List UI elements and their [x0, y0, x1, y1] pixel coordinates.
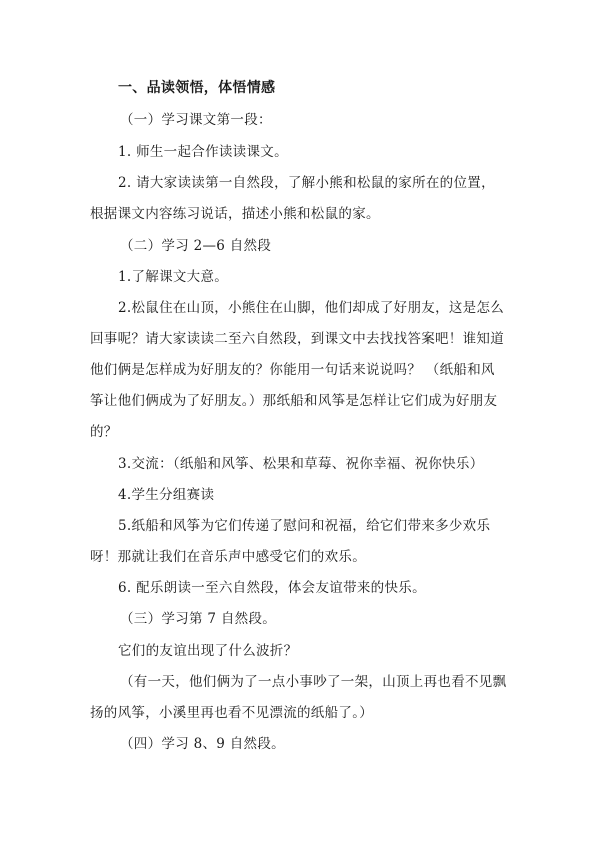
paragraph-line: 5.纸船和风筝为它们传递了慰问和祝福，给它们带来多少欢乐	[118, 517, 490, 535]
subheading-2: （二）学习 2—6 自然段	[120, 237, 271, 255]
paragraph-line: 根据课文内容练习说话，描述小熊和松鼠的家。	[90, 205, 380, 223]
paragraph-line: 回事呢？请大家读读二至六自然段，到课文中去找找答案吧！谁知道	[90, 330, 504, 348]
subheading-3: （三）学习第 7 自然段。	[120, 610, 276, 628]
paragraph-line: 的？	[90, 423, 118, 441]
paragraph-line: 呀！那就让我们在音乐声中感受它们的欢乐。	[90, 548, 366, 566]
subheading-1: （一）学习课文第一段：	[120, 111, 272, 129]
paragraph-line: 他们俩是怎样成为好朋友的？你能用一句话来说说吗？ （纸船和风	[90, 361, 495, 379]
paragraph-line: 3.交流：（纸船和风筝、松果和草莓、祝你幸福、祝你快乐）	[118, 455, 484, 473]
subheading-4: （四）学习 8、9 自然段。	[120, 735, 285, 753]
paragraph-line: 1. 师生一起合作读读课文。	[118, 143, 288, 161]
paragraph-line: （有一天，他们俩为了一点小事吵了一架，山顶上再也看不见飘	[120, 673, 506, 691]
paragraph-line: 2.松鼠住在山顶，小熊住在山脚，他们却成了好朋友，这是怎么	[118, 299, 504, 317]
section-heading: 一、品读领悟，体悟情感	[118, 79, 275, 97]
paragraph-line: 它们的友谊出现了什么波折？	[118, 642, 297, 660]
paragraph-line: 4.学生分组赛读	[118, 486, 214, 504]
paragraph-line: 2. 请大家读读第一自然段，了解小熊和松鼠的家所在的位置，	[118, 174, 495, 192]
paragraph-line: 扬的风筝，小溪里再也看不见漂流的纸船了。）	[90, 704, 373, 722]
paragraph-line: 6. 配乐朗读一至六自然段，体会友谊带来的快乐。	[118, 579, 426, 597]
paragraph-line: 筝让他们俩成为了好朋友。）那纸船和风筝是怎样让它们成为好朋友	[90, 392, 497, 410]
paragraph-line: 1.了解课文大意。	[118, 268, 228, 286]
